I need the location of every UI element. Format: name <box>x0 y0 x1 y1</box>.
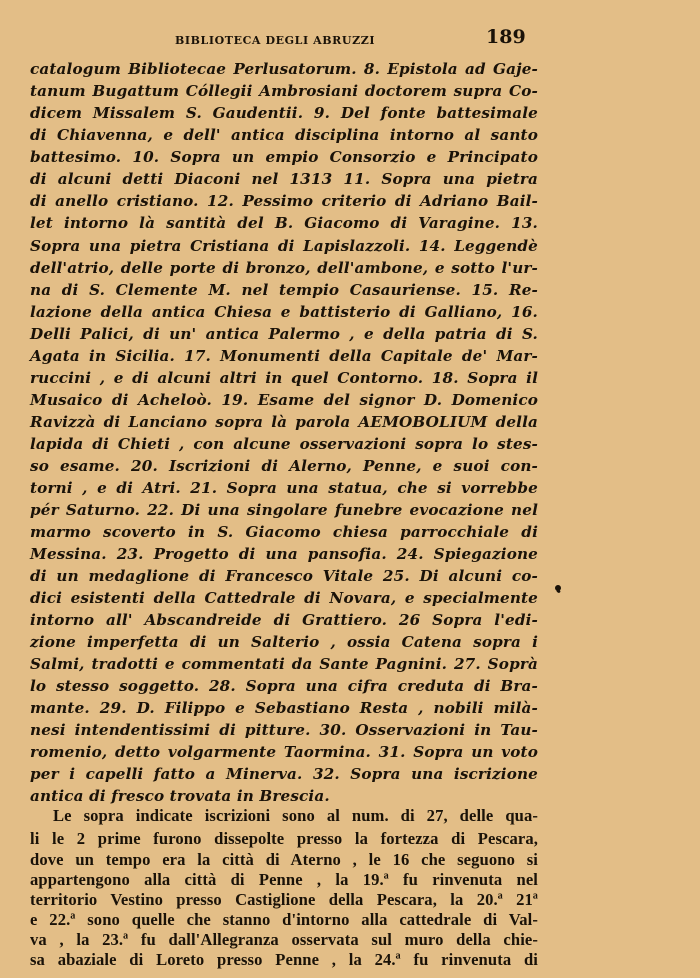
text-line: na di S. Clemente M. nel tempio Casaurie… <box>30 281 538 299</box>
text-line: Ravizzà di Lanciano sopra là parola AEMO… <box>30 413 538 431</box>
text-line: nesi intendentissimi di pitture. 30. Oss… <box>30 721 538 739</box>
text-line: lo stesso soggetto. 28. Sopra una cifra … <box>30 677 538 695</box>
text-line: marmo scoverto in S. Giacomo chiesa parr… <box>30 523 538 541</box>
running-head: BIBLIOTECA DEGLI ABRUZZI <box>175 34 375 47</box>
text-line: Le sopra indicate iscrizioni sono al num… <box>53 806 538 826</box>
text-line: appartengono alla città di Penne , la 19… <box>30 870 538 890</box>
text-line: Agata in Sicilia. 17. Monumenti della Ca… <box>30 347 538 365</box>
text-line: torni , e di Atri. 21. Sopra una statua,… <box>30 479 538 497</box>
text-line: territorio Vestino presso Castiglione de… <box>30 890 538 910</box>
text-line: dove un tempo era la città di Aterno , l… <box>30 850 538 870</box>
page-number: 189 <box>486 26 526 48</box>
text-line: zione imperfetta di un Salterio , ossia … <box>30 633 538 651</box>
text-line: li le 2 prime furono dissepolte presso l… <box>30 829 538 849</box>
text-line: di un medaglione di Francesco Vitale 25.… <box>30 567 538 585</box>
text-line: sa abaziale di Loreto presso Penne , la … <box>30 950 538 970</box>
text-line: Sopra una pietra Cristiana di Lapislazzo… <box>30 237 538 255</box>
text-line: so esame. 20. Iscrizioni di Alerno, Penn… <box>30 457 538 475</box>
text-line: va , la 23.ª fu dall'Allegranza osservat… <box>30 930 538 950</box>
text-line: lapida di Chieti , con alcune osservazio… <box>30 435 538 453</box>
book-page: BIBLIOTECA DEGLI ABRUZZI 189 catalogum B… <box>0 0 700 978</box>
text-line: antica di fresco trovata in Brescia. <box>30 787 538 805</box>
text-line: dell'atrio, delle porte di bronzo, dell'… <box>30 259 538 277</box>
text-line: battesimo. 10. Sopra un empio Consorzio … <box>30 148 538 166</box>
text-line: lazione della antica Chiesa e battisteri… <box>30 303 538 321</box>
ink-speck <box>554 584 562 592</box>
text-line: Messina. 23. Progetto di una pansofia. 2… <box>30 545 538 563</box>
text-line: di alcuni detti Diaconi nel 1313 11. Sop… <box>30 170 538 188</box>
text-line: Delli Palici, di un' antica Palermo , e … <box>30 325 538 343</box>
text-line: Musaico di Acheloò. 19. Esame del signor… <box>30 391 538 409</box>
text-line: tanum Bugattum Cóllegii Ambrosiani docto… <box>30 82 538 100</box>
text-line: mante. 29. D. Filippo e Sebastiano Resta… <box>30 699 538 717</box>
text-line: e 22.ª sono quelle che stanno d'intorno … <box>30 910 538 930</box>
text-line: di Chiavenna, e dell' antica disciplina … <box>30 126 538 144</box>
text-line: Salmi, tradotti e commentati da Sante Pa… <box>30 655 538 673</box>
text-line: dicem Missalem S. Gaudentii. 9. Del font… <box>30 104 538 122</box>
text-line: per i capelli fatto a Minerva. 32. Sopra… <box>30 765 538 783</box>
text-line: let intorno là santità del B. Giacomo di… <box>30 214 538 232</box>
text-line: pér Saturno. 22. Di una singolare funebr… <box>30 501 538 519</box>
text-line: catalogum Bibliotecae Perlusatorum. 8. E… <box>30 60 538 78</box>
text-line: dici esistenti della Cattedrale di Novar… <box>30 589 538 607</box>
text-line: di anello cristiano. 12. Pessimo criteri… <box>30 192 538 210</box>
text-line: ruccini , e di alcuni altri in quel Cont… <box>30 369 538 387</box>
text-line: romenio, detto volgarmente Taormina. 31.… <box>30 743 538 761</box>
text-line: intorno all' Abscandreide di Grattiero. … <box>30 611 538 629</box>
